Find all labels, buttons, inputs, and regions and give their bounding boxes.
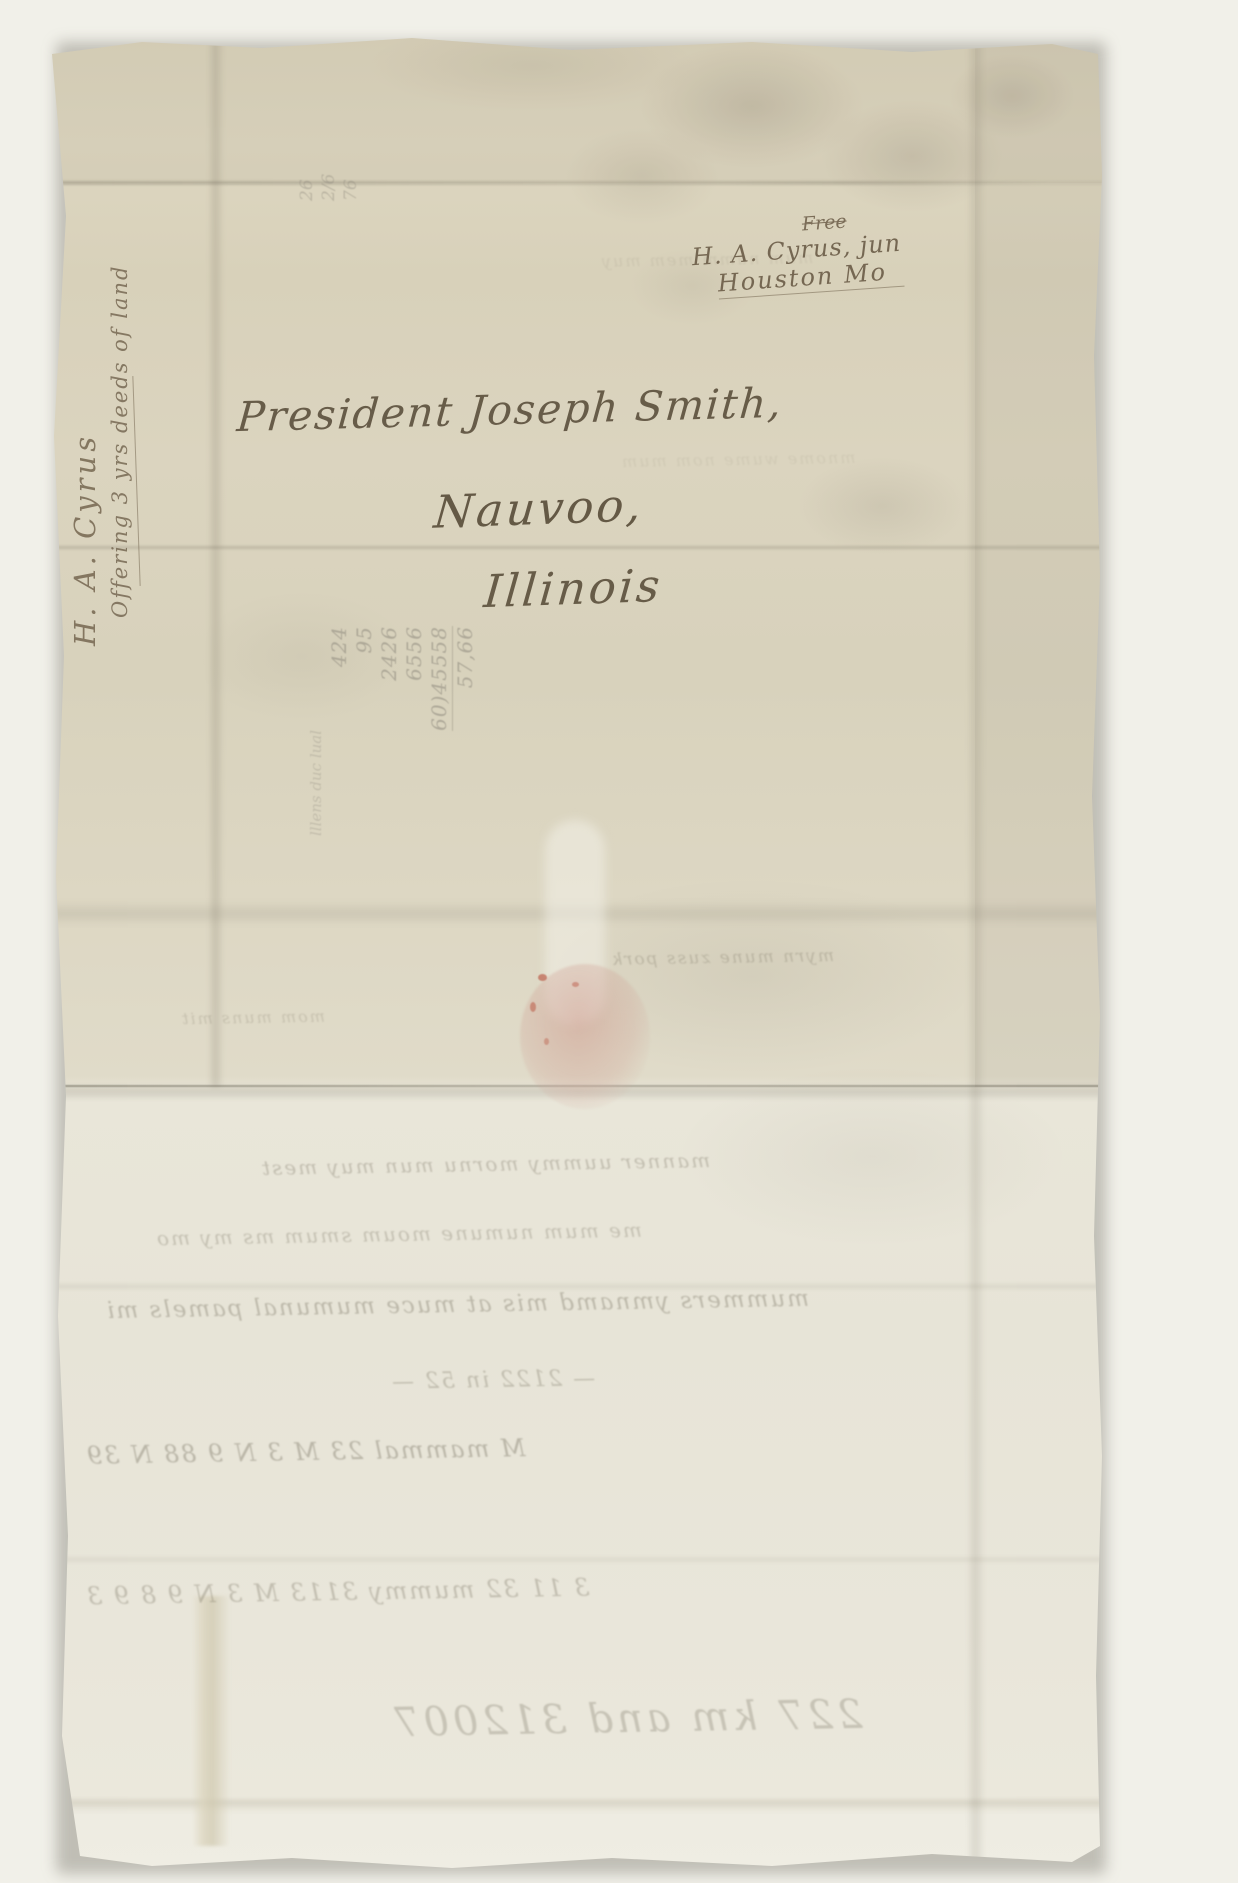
bleedthrough-line: 3 11 32 mummy 3113 M 3 N 9 8 9 3 [85, 1574, 590, 1611]
vertical-fold-repair-strip [192, 1596, 230, 1846]
pencil-jottings-top: 26 2/6 76 [297, 51, 417, 201]
wax-seal-fleck [544, 1038, 549, 1045]
vertical-fold-crease-right [967, 36, 985, 1870]
bleedthrough-line: me mum numune moum smum ms my mo [155, 1218, 642, 1250]
bleedthrough-line: myrn mune zuss pork [610, 946, 834, 970]
scanned-document-page: { "scan": { "background_color": "#f1f0e9… [0, 0, 1238, 1883]
pencil-calc-line: 6556 [402, 626, 427, 681]
address-line-recipient: President Joseph Smith, [235, 379, 785, 441]
pencil-jot: 26 [297, 51, 317, 201]
pencil-jot: 2/6 [319, 51, 339, 201]
docket-block: H. A. Cyrus Offering 3 yrs deeds of land [68, 196, 198, 646]
pencil-calc-result: 57,66 [453, 626, 478, 688]
bleedthrough-line: — 2122 in 52 — [390, 1366, 596, 1395]
address-line-state: Illinois [482, 559, 665, 618]
vertical-fold-crease-left [208, 36, 224, 1087]
right-fold-panel-shading [975, 36, 1104, 1087]
pencil-illegible-words: lllens duc lual [307, 730, 325, 836]
envelope-paper: Free H. A. Cyrus, jun Houston Mo Preside… [52, 36, 1104, 1870]
horizontal-fold-crease-5 [52, 1285, 1104, 1288]
bleedthrough-line: 227 km and 312007 [390, 1692, 863, 1746]
horizontal-fold-crease-6 [52, 1558, 1104, 1561]
bleedthrough-line: mummers ymnamd mis at muce mumunal pamel… [105, 1286, 809, 1324]
wax-seal-fleck [538, 974, 547, 981]
pencil-jot: 76 [341, 51, 361, 201]
wax-seal-stain [520, 964, 650, 1109]
docket-sender-name: H. A. Cyrus [68, 196, 102, 646]
pencil-calc-division: 60)45558 [427, 626, 453, 731]
address-line-city: Nauvoo, [432, 478, 647, 539]
docket-flourish [132, 376, 140, 586]
wax-seal-fleck [530, 1002, 536, 1012]
pencil-calc-line: 2426 [377, 626, 402, 681]
pencil-calc-line: 424 [327, 626, 352, 667]
bleedthrough-line: mnome wume nom mum [620, 448, 856, 471]
pencil-calculation-block: lllens duc lual 424 95 2426 6556 60)4555… [307, 626, 507, 836]
bleedthrough-line: M mammal 23 M 3 N 9 88 N 39 [85, 1434, 526, 1470]
bleedthrough-line: mom muns mit [180, 1007, 325, 1029]
pencil-calc-line: 95 [352, 626, 377, 653]
bleedthrough-line: manner uummy mornu mun muy mest [260, 1148, 710, 1180]
bleedthrough-line: mum numm mem muy [600, 248, 813, 271]
docket-subject: Offering 3 yrs deeds of land [108, 196, 132, 618]
wax-seal-fleck [572, 982, 579, 987]
